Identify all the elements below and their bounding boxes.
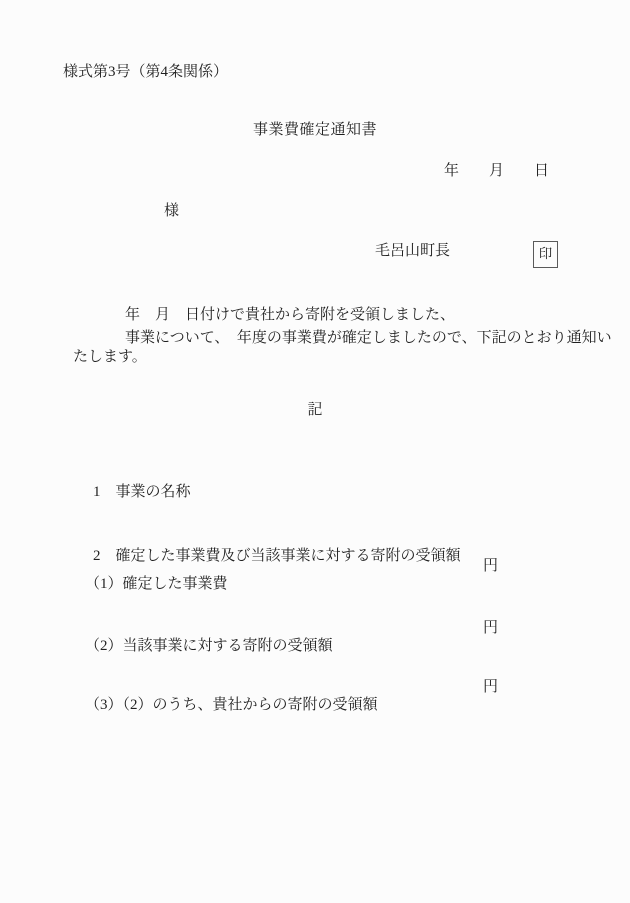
form-number: 様式第3号（第4条関係） [63, 63, 228, 81]
addressee-honorific: 様 [164, 202, 179, 220]
document-title: 事業費確定通知書 [0, 121, 630, 139]
sub-item-label: （3）（2）のうち、貴社からの寄附の受領額 [85, 697, 378, 713]
sender-title: 毛呂山町長 [375, 242, 450, 260]
body-line-3: たします。 [73, 348, 147, 366]
sub-item-3: （3）（2）のうち、貴社からの寄附の受領額 円 [70, 678, 600, 750]
sub-item-label: （1）確定した事業費 [85, 576, 228, 592]
record-marker: 記 [0, 401, 630, 419]
currency-unit: 円 [483, 678, 498, 696]
seal-label: 印 [539, 246, 553, 262]
item-label: 事業の名称 [116, 484, 191, 500]
currency-unit: 円 [483, 557, 498, 575]
currency-unit: 円 [483, 619, 498, 637]
notice-document-page: 様式第3号（第4条関係） 事業費確定通知書 年 月 日 様 毛呂山町長 印 年 … [0, 0, 630, 903]
body-line-2: 事業について、 年度の事業費が確定しましたので、下記のとおり通知い [125, 329, 612, 347]
sub-item-label: （2）当該事業に対する寄附の受領額 [85, 638, 333, 654]
list-item-1: 1事業の名称 [78, 465, 191, 519]
body-line-1: 年 月 日付けで貴社から寄附を受領しました、 [125, 306, 455, 324]
seal-box: 印 [533, 241, 558, 268]
item-number: 1 [93, 484, 101, 500]
issue-date-blanks: 年 月 日 [444, 162, 549, 180]
